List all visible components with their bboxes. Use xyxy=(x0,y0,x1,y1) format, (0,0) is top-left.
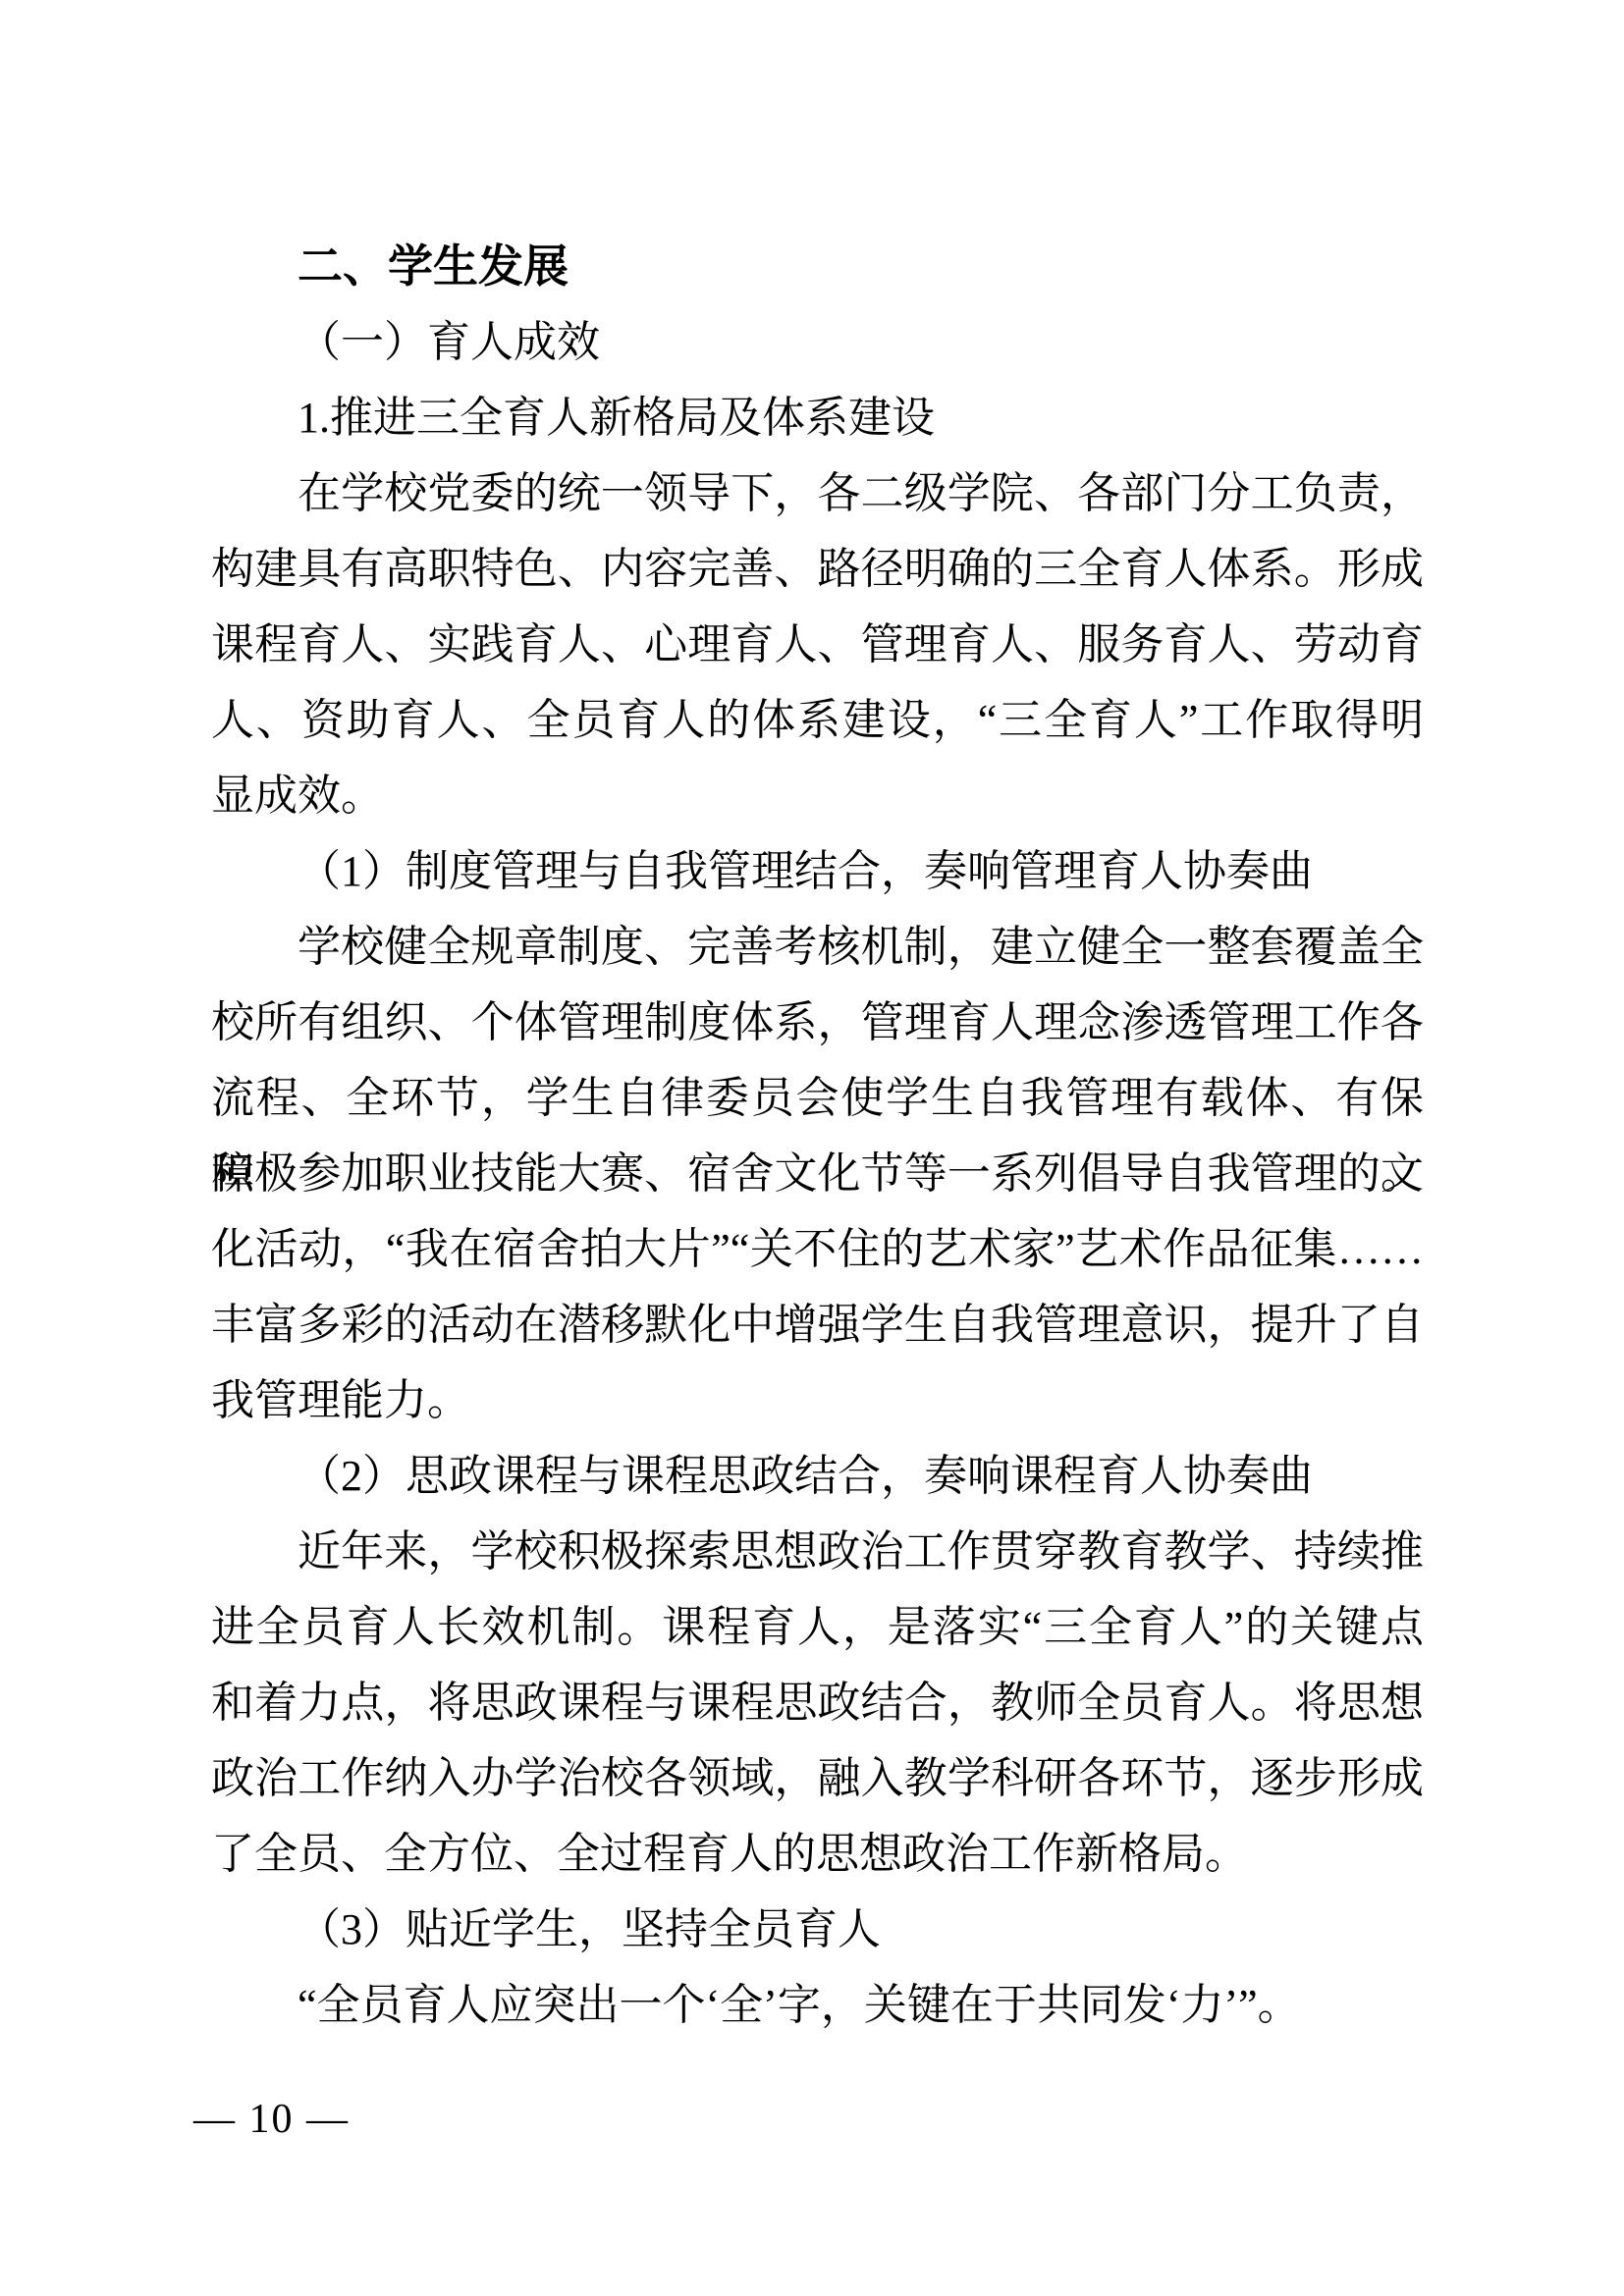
paragraph-line: 进全员育人长效机制。课程育人，是落实“三全育人”的关键点 xyxy=(211,1589,1424,1665)
paragraph-line: 构建具有高职特色、内容完善、路径明确的三全育人体系。形成 xyxy=(211,531,1424,607)
paragraph-line: 流程、全环节，学生自律委员会使学生自我管理有载体、有保障。 xyxy=(211,1060,1424,1136)
section-heading-level3: （3）贴近学生，坚持全员育人 xyxy=(211,1892,1424,1967)
paragraph-line: 丰富多彩的活动在潜移默化中增强学生自我管理意识，提升了自 xyxy=(211,1287,1424,1362)
page-number: — 10 — xyxy=(193,2082,350,2158)
paragraph-line: 在学校党委的统一领导下，各二级学院、各部门分工负责， xyxy=(211,455,1424,531)
section-heading-level1: 二、学生发展 xyxy=(211,229,1424,304)
paragraph-line: “全员育人应突出一个‘全’字，关键在于共同发‘力’”。 xyxy=(211,1967,1424,2043)
section-heading-level3: 1.推进三全育人新格局及体系建设 xyxy=(211,380,1424,455)
paragraph-line: 了全员、全方位、全过程育人的思想政治工作新格局。 xyxy=(211,1816,1424,1892)
paragraph-line: 课程育人、实践育人、心理育人、管理育人、服务育人、劳动育 xyxy=(211,607,1424,682)
paragraph-line: 校所有组织、个体管理制度体系，管理育人理念渗透管理工作各 xyxy=(211,985,1424,1060)
paragraph-line: 化活动，“我在宿舍拍大片”“关不住的艺术家”艺术作品征集…… xyxy=(211,1211,1424,1287)
paragraph-line: 政治工作纳入办学治校各领域，融入教学科研各环节，逐步形成 xyxy=(211,1740,1424,1816)
paragraph-line: 学校健全规章制度、完善考核机制，建立健全一整套覆盖全 xyxy=(211,909,1424,985)
paragraph-line: 我管理能力。 xyxy=(211,1362,1424,1438)
paragraph-line: 积极参加职业技能大赛、宿舍文化节等一系列倡导自我管理的文 xyxy=(211,1136,1424,1211)
section-heading-level2: （一）育人成效 xyxy=(211,304,1424,380)
paragraph-line: 显成效。 xyxy=(211,758,1424,833)
section-heading-level3: （2）思政课程与课程思政结合，奏响课程育人协奏曲 xyxy=(211,1438,1424,1514)
paragraph-line: 近年来，学校积极探索思想政治工作贯穿教育教学、持续推 xyxy=(211,1514,1424,1589)
paragraph-line: 人、资助育人、全员育人的体系建设，“三全育人”工作取得明 xyxy=(211,682,1424,758)
document-page: 二、学生发展 （一）育人成效 1.推进三全育人新格局及体系建设 在学校党委的统一… xyxy=(0,0,1624,2296)
document-body: 二、学生发展 （一）育人成效 1.推进三全育人新格局及体系建设 在学校党委的统一… xyxy=(211,229,1424,2043)
section-heading-level3: （1）制度管理与自我管理结合，奏响管理育人协奏曲 xyxy=(211,833,1424,909)
paragraph-line: 和着力点，将思政课程与课程思政结合，教师全员育人。将思想 xyxy=(211,1665,1424,1740)
